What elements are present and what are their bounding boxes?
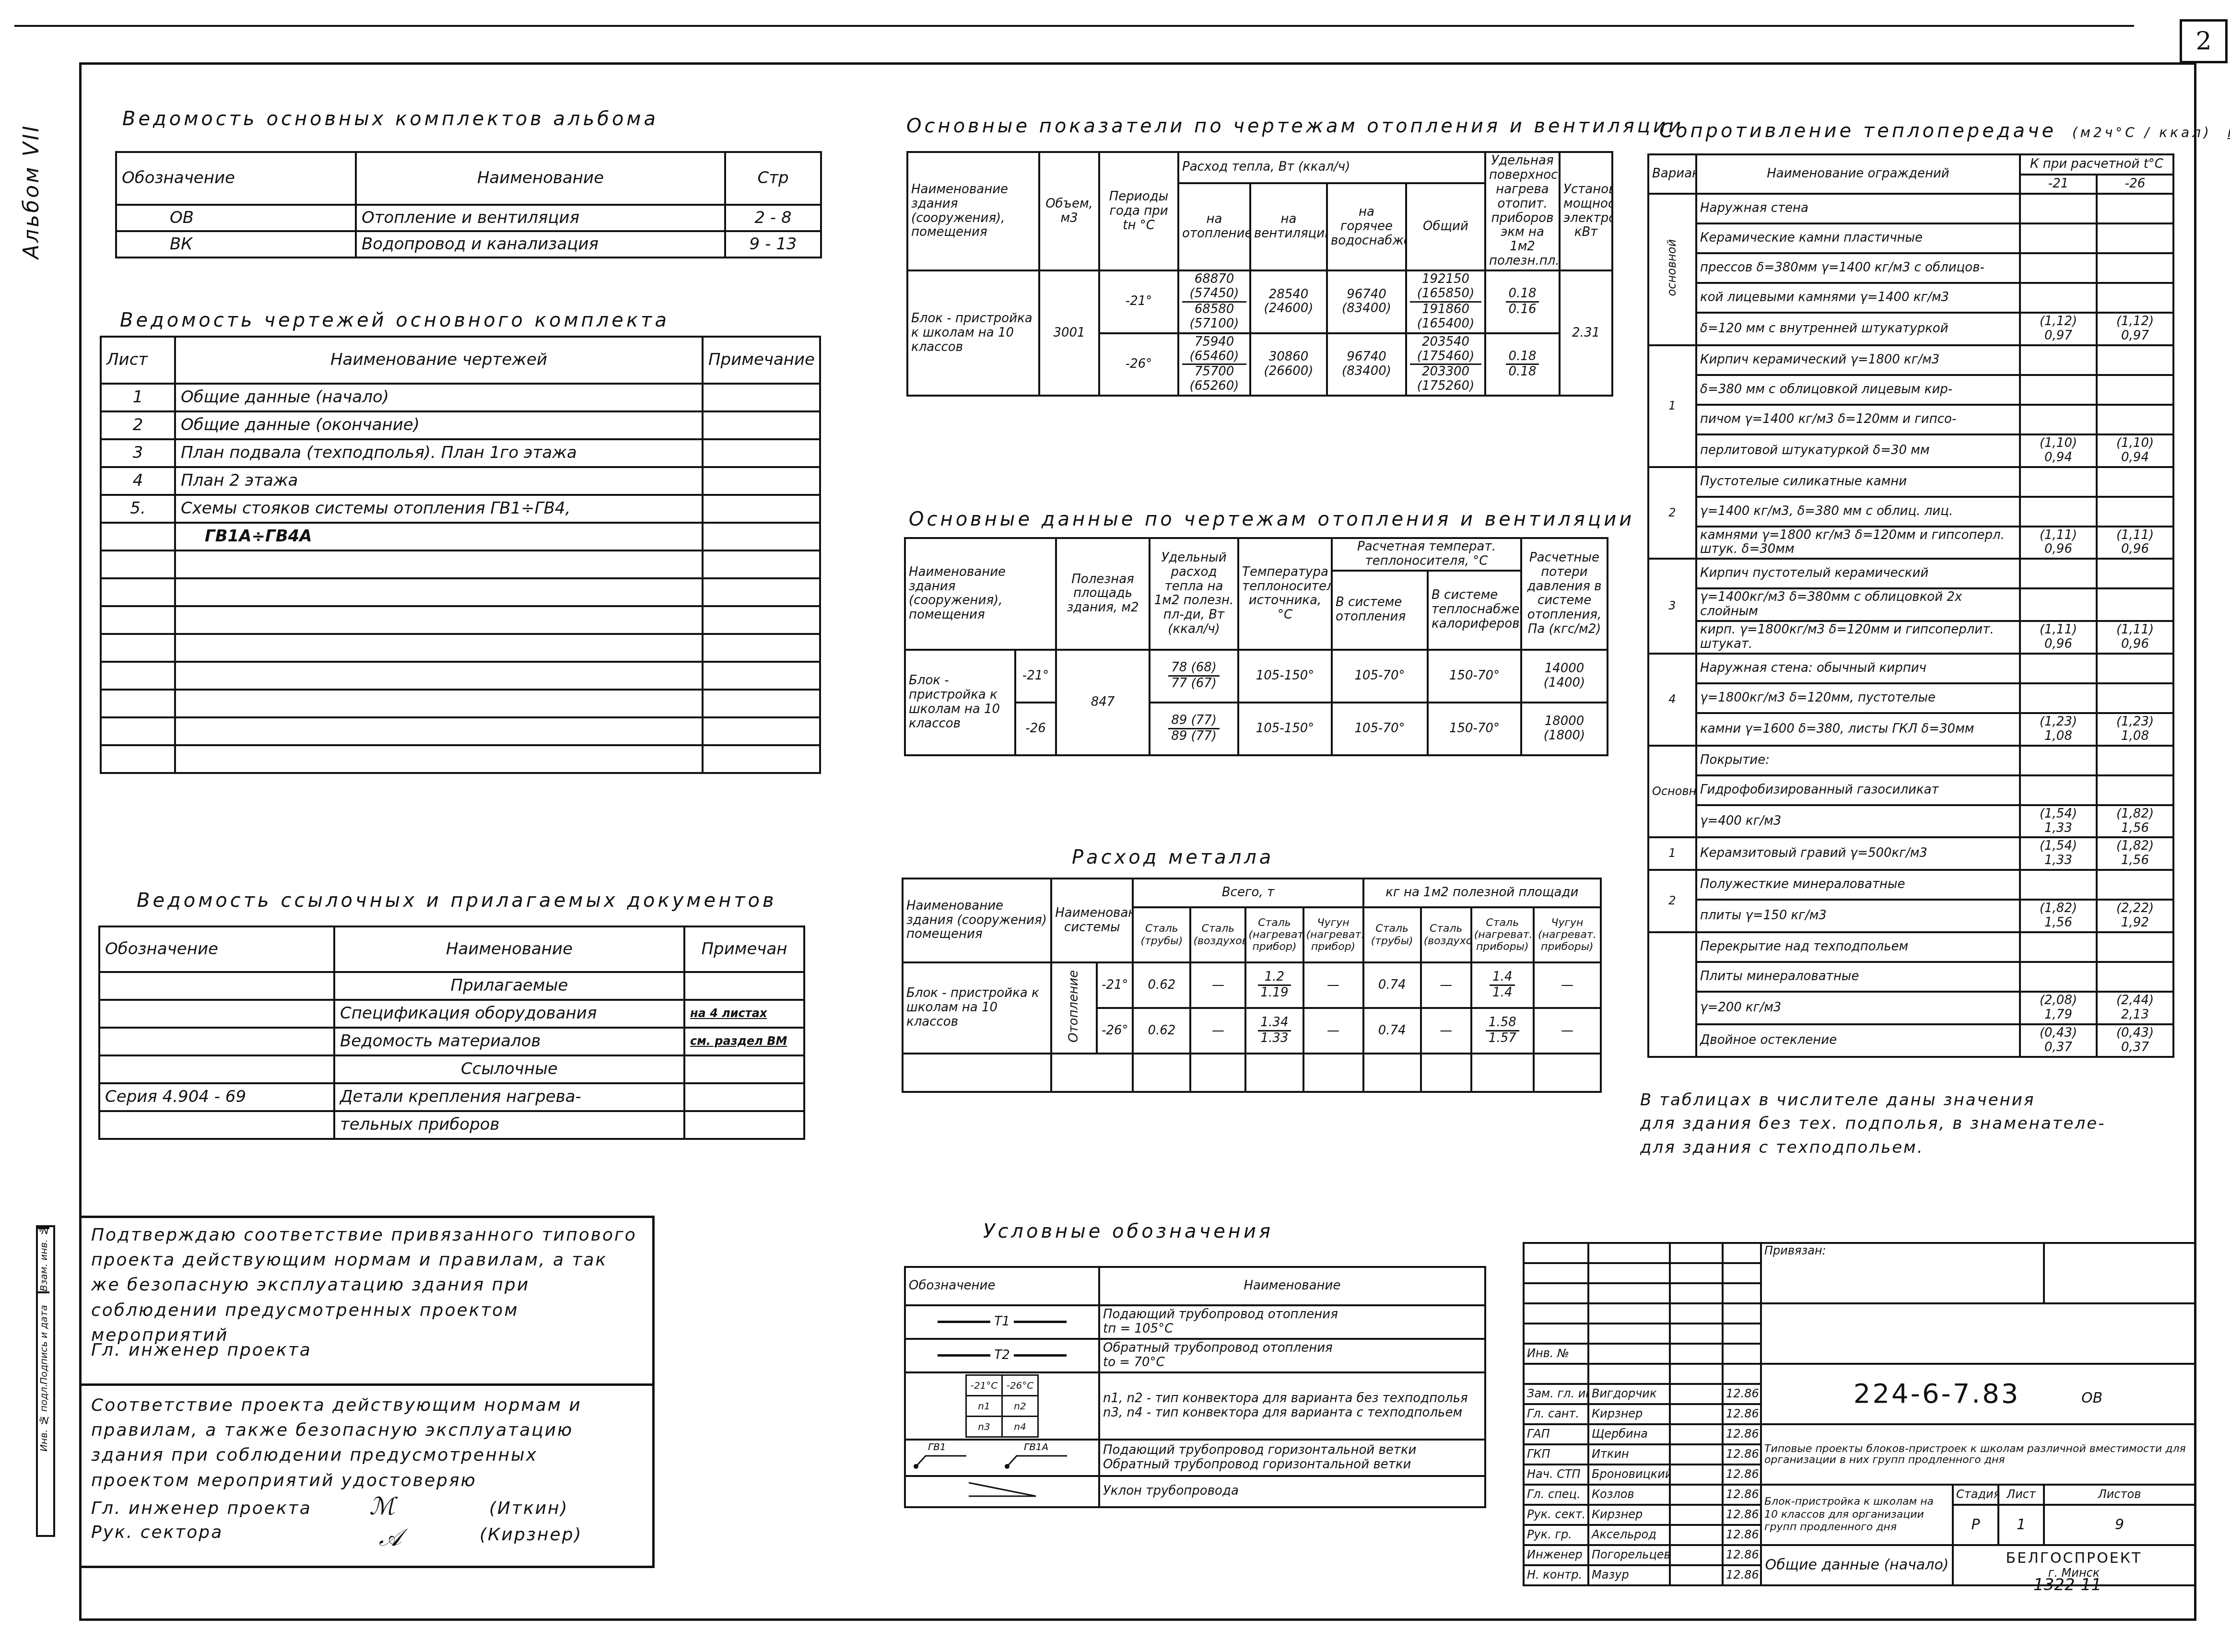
table-row [101, 690, 820, 717]
table-row-empty [903, 1054, 1601, 1092]
album-sets-title: Ведомость основных комплектов альбома [122, 108, 658, 130]
pipe-line-icon [938, 1321, 990, 1323]
side-stamp: Взам. инв. № Подпись и дата Инв. № подл. [36, 1225, 55, 1537]
table-row: γ=200 кг/м3(2,08) 1,79(2,44) 2,13 [1648, 992, 2173, 1024]
table-row: 4План 2 этажа [101, 467, 820, 495]
top-trim-line [14, 25, 2134, 27]
table-row: Плиты минераловатные [1648, 962, 2173, 992]
table-row: кирп. γ=1800кг/м3 δ=120мм и гипсоперлит.… [1648, 621, 2173, 654]
table-row [101, 745, 820, 773]
table-row: Серия 4.904 - 69Детали крепления нагрева… [99, 1083, 804, 1111]
table-row [101, 578, 820, 606]
page-number: 2 [2195, 27, 2211, 56]
col-header: Лист [101, 337, 175, 384]
table-row: Блок - пристройка к школам на 10 классов… [903, 962, 1601, 1008]
album-sets-table: Обозначение Наименование Стр ОВ Отоплени… [115, 151, 822, 258]
page-number-box: 2 [2180, 19, 2228, 63]
table-row: Спецификация оборудованияна 4 листах [99, 1000, 804, 1028]
table-row: γ=1400кг/м3 δ=380мм с облицовкой 2х слой… [1648, 588, 2173, 621]
table-row [101, 662, 820, 690]
document-code: 224-6-7.83 [1854, 1378, 2020, 1409]
col-header: Наименование [334, 926, 684, 972]
table-row: 1Общие данные (начало) [101, 384, 820, 411]
references-table: Обозначение Наименование Примечан Прилаг… [98, 926, 805, 1140]
main-data-table: Наименование здания (сооружения), помеще… [904, 537, 1608, 756]
table-row: Двойное остекление(0,43) 0,37(0,43) 0,37 [1648, 1024, 2173, 1057]
table-row: 3План подвала (техподполья). План 1го эт… [101, 439, 820, 467]
legend-title: Условные обозначения [983, 1220, 1273, 1242]
table-row: δ=380 мм с облицовкой лицевым кир- [1648, 375, 2173, 405]
col-header: Примечание [703, 337, 820, 384]
main-indicators-title: Основные показатели по чертежам отоплени… [906, 115, 1684, 137]
table-row: ГВ1А÷ГВ4А [101, 523, 820, 551]
table-row: T2 Обратный трубопровод отопленияtо = 70… [905, 1339, 1485, 1372]
table-row: кой лицевыми камнями γ=1400 кг/м3 [1648, 283, 2173, 313]
table-row: T1 Подающий трубопровод отопленияtп = 10… [905, 1305, 1485, 1339]
branch-pipe-icon: ГВ1 ГВ1А [909, 1441, 1091, 1470]
resistance-footnote: В таблицах в числителе даны значения для… [1640, 1089, 2105, 1160]
table-row: перлитовой штукатуркой δ=30 мм(1,10) 0,9… [1648, 434, 2173, 467]
references-title: Ведомость ссылочных и прилагаемых докуме… [137, 890, 777, 912]
table-row: 4Наружная стена: обычный кирпич [1648, 654, 2173, 683]
table-row: γ=1400 кг/м3, δ=380 мм с облиц. лиц. [1648, 497, 2173, 527]
col-header: Обозначение [99, 926, 334, 972]
resistance-table: Вариант Наименование ограждений К при ра… [1647, 153, 2174, 1058]
drawings-table: Лист Наименование чертежей Примечание 1О… [100, 336, 821, 774]
svg-text:ГВ1: ГВ1 [928, 1441, 946, 1453]
table-row [101, 606, 820, 634]
pipe-line-icon [1014, 1354, 1067, 1357]
signature: 𝒜 [379, 1520, 403, 1555]
col-header: Обозначение [116, 152, 356, 205]
table-row: Гидрофобизированный газосиликат [1648, 775, 2173, 805]
table-row: тельных приборов [99, 1111, 804, 1139]
main-data-title: Основные данные по чертежам отопления и … [909, 508, 1634, 530]
signature: ℳ [369, 1489, 396, 1524]
legend-table: Обозначение Наименование T1 Подающий тру… [904, 1266, 1486, 1508]
table-row: ОсновнойПокрытие: [1648, 746, 2173, 775]
convector-grid-icon: -21°С-26°С n1n2 n3n4 [965, 1374, 1039, 1438]
resistance-title: Сопротивление теплопередаче (м2ч°С / кка… [1659, 120, 2230, 142]
order-number: 1322-11 [2033, 1575, 2101, 1594]
divider [82, 1383, 652, 1386]
metal-table: Наименование здания (сооружения) помещен… [902, 878, 1602, 1093]
col-header: Наименование [356, 152, 725, 205]
signer-row: Гл. спец.Козлов12.86 Блок-пристройка к ш… [1524, 1485, 2195, 1505]
table-row: 1Керамзитовый гравий γ=500кг/м3(1,54) 1,… [1648, 837, 2173, 870]
table-row: 2Полужесткие минераловатные [1648, 870, 2173, 900]
metal-title: Расход металла [1072, 846, 1274, 868]
pipe-line-icon [1014, 1321, 1067, 1323]
table-row: Уклон трубопровода [905, 1476, 1485, 1507]
table-row: камни γ=1600 δ=380, листы ГКЛ δ=30мм(1,2… [1648, 713, 2173, 746]
table-row: Блок - пристройка к школам на 10 классов… [905, 650, 1608, 703]
table-row: ВК Водопровод и канализация 9 - 13 [116, 231, 821, 258]
col-header: Наименование чертежей [175, 337, 703, 384]
table-row: Прилагаемые [99, 972, 804, 1000]
title-block: Привязан: Инв. № 224-6-7.83 ОВ Зам. гл. … [1523, 1242, 2196, 1586]
slope-icon [959, 1480, 1045, 1499]
table-row: -21°С-26°С n1n2 n3n4 n1, n2 - тип конвек… [905, 1372, 1485, 1440]
table-row: 2Пустотелые силикатные камни [1648, 467, 2173, 497]
table-row: прессов δ=380мм γ=1400 кг/м3 с облицов- [1648, 253, 2173, 283]
table-row: Перекрытие над техподпольем [1648, 932, 2173, 962]
table-row: γ=400 кг/м3(1,54) 1,33(1,82) 1,56 [1648, 805, 2173, 838]
table-row: Керамические камни пластичные [1648, 223, 2173, 253]
table-row: 3Кирпич пустотелый керамический [1648, 559, 2173, 588]
table-row [101, 634, 820, 662]
table-row: камнями γ=1800 кг/м3 δ=120мм и гипсоперл… [1648, 527, 2173, 559]
signer-row: ИнженерПогорельцева12.86 Общие данные (н… [1524, 1545, 2195, 1565]
table-row: ГВ1 ГВ1А Подающий трубопровод горизонтал… [905, 1440, 1485, 1476]
table-row: основнойНаружная стена [1648, 194, 2173, 223]
table-row: плиты γ=150 кг/м3(1,82) 1,56(2,22) 1,92 [1648, 900, 2173, 932]
table-row: Блок - пристройка к школам на 10 классов… [907, 270, 1612, 333]
table-row: Ссылочные [99, 1055, 804, 1083]
table-row: 5.Схемы стояков системы отопления ГВ1÷ГВ… [101, 495, 820, 523]
table-row [101, 551, 820, 578]
table-row: δ=120 мм с внутренней штукатуркой(1,12) … [1648, 313, 2173, 345]
table-row: γ=1800кг/м3 δ=120мм, пустотелые [1648, 683, 2173, 713]
main-indicators-table: Наименование здания (сооружения), помеще… [906, 151, 1613, 397]
signer-row: ГАПЩербина12.86 Типовые проекты блоков-п… [1524, 1424, 2195, 1444]
approval-block: Подтверждаю соответствие привязанного ти… [79, 1216, 655, 1568]
table-row: 2Общие данные (окончание) [101, 411, 820, 439]
table-row: 1Кирпич керамический γ=1800 кг/м3 [1648, 345, 2173, 375]
col-header: Стр [725, 152, 821, 205]
album-label: Альбом VII [19, 86, 53, 259]
table-row: Ведомость материаловсм. раздел ВМ [99, 1028, 804, 1055]
drawings-title: Ведомость чертежей основного комплекта [120, 309, 669, 331]
table-row [101, 717, 820, 745]
col-header: Примечан [684, 926, 804, 972]
pipe-line-icon [938, 1354, 990, 1357]
table-row: ОВ Отопление и вентиляция 2 - 8 [116, 205, 821, 231]
svg-text:ГВ1А: ГВ1А [1024, 1441, 1048, 1453]
table-row: пичом γ=1400 кг/м3 δ=120мм и гипсо- [1648, 405, 2173, 434]
